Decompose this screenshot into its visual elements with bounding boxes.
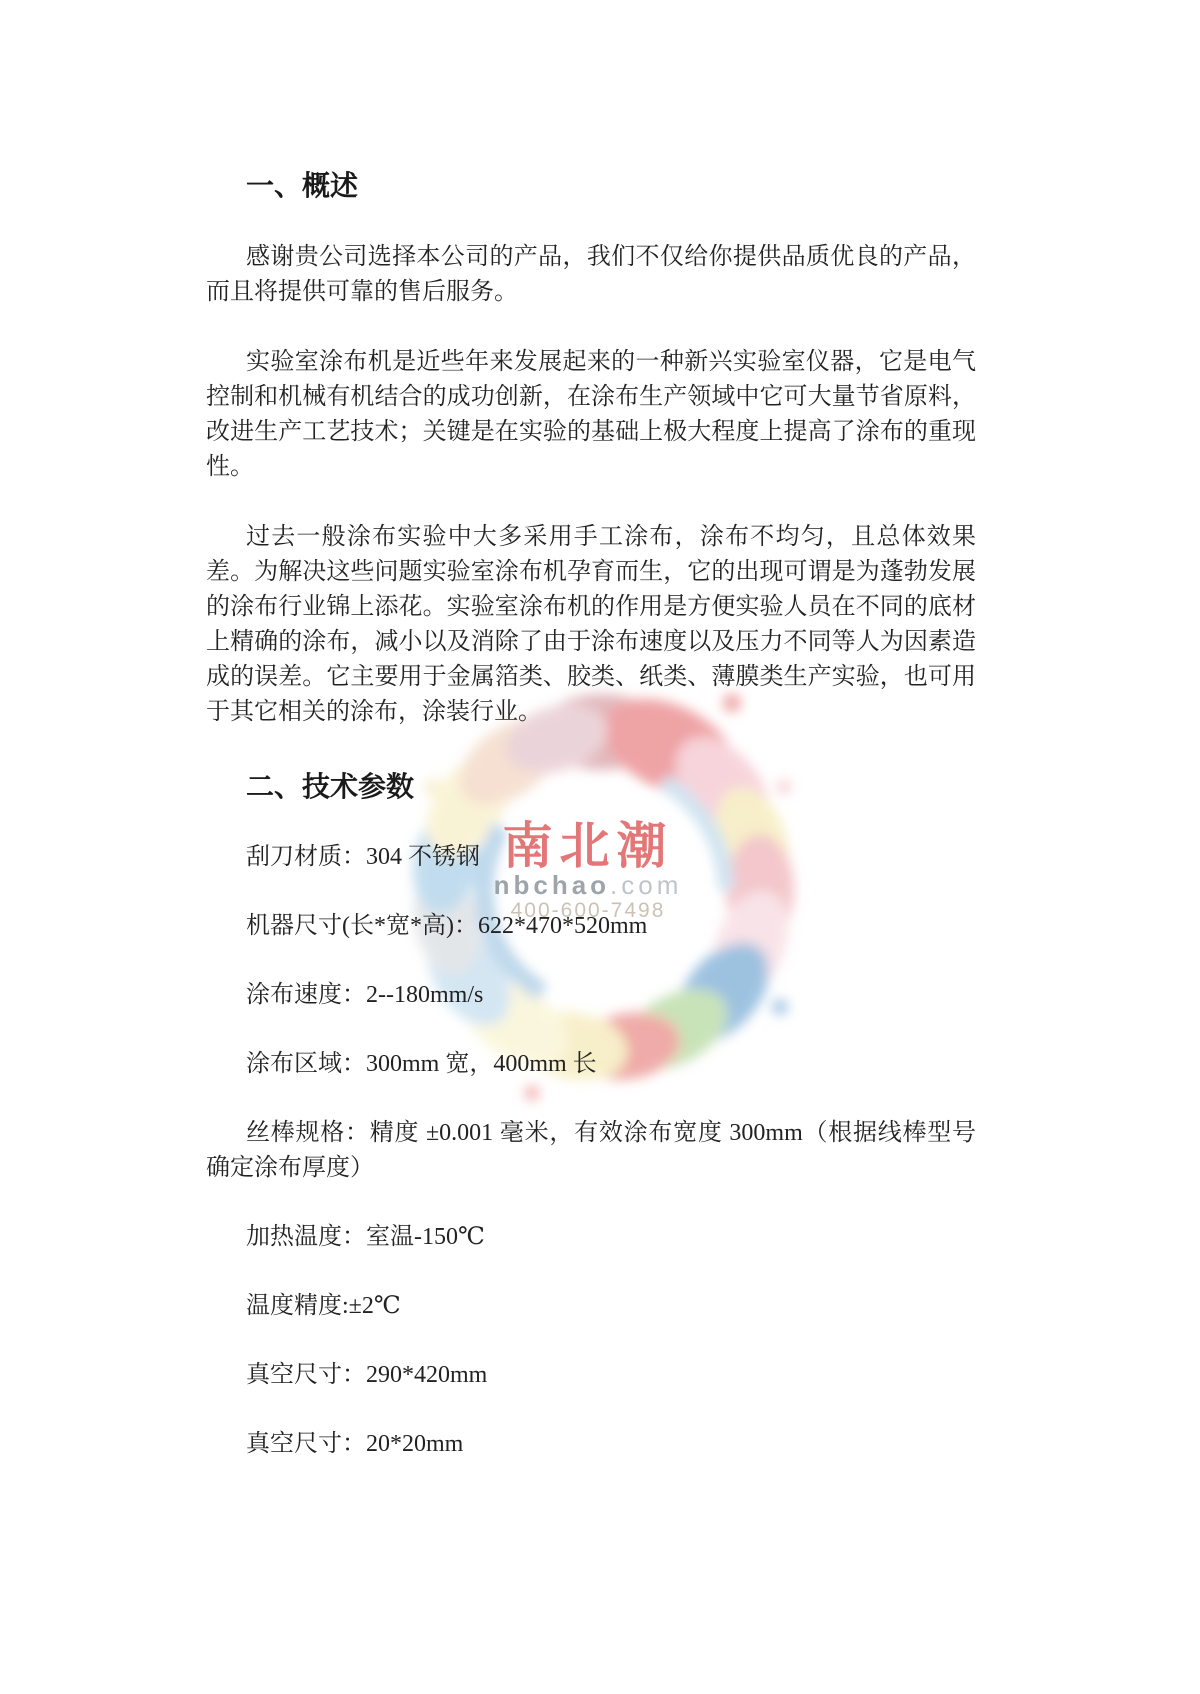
overview-paragraph-3: 过去一般涂布实验中大多采用手工涂布，涂布不均匀，且总体效果差。为解决这些问题实验… xyxy=(206,520,976,730)
document-content: 一、概述 感谢贵公司选择本公司的产品，我们不仅给你提供品质优良的产品，而且将提供… xyxy=(206,0,976,1462)
spec-item-coating-speed: 涂布速度：2--180mm/s xyxy=(206,978,976,1013)
document-page: 南北潮 nbchao.com 400-600-7498 一、概述 感谢贵公司选择… xyxy=(0,0,1200,1694)
spec-item-coating-area: 涂布区域：300mm 宽，400mm 长 xyxy=(206,1047,976,1082)
spec-item-machine-size: 机器尺寸(长*宽*高)：622*470*520mm xyxy=(206,909,976,944)
overview-paragraph-2: 实验室涂布机是近些年来发展起来的一种新兴实验室仪器，它是电气控制和机械有机结合的… xyxy=(206,345,976,485)
spec-item-blade-material: 刮刀材质：304 不锈钢 xyxy=(206,840,976,875)
section-1-heading: 一、概述 xyxy=(206,169,976,205)
spec-item-rod-spec: 丝棒规格：精度 ±0.001 毫米，有效涂布宽度 300mm（根据线棒型号确定涂… xyxy=(206,1116,976,1186)
spec-item-vacuum-size-1: 真空尺寸：290*420mm xyxy=(206,1358,976,1393)
spec-item-temp-precision: 温度精度:±2℃ xyxy=(206,1289,976,1324)
spec-item-vacuum-size-2: 真空尺寸：20*20mm xyxy=(206,1427,976,1462)
overview-paragraph-1: 感谢贵公司选择本公司的产品，我们不仅给你提供品质优良的产品，而且将提供可靠的售后… xyxy=(206,240,976,310)
spec-item-heating-temp: 加热温度：室温-150℃ xyxy=(206,1220,976,1255)
section-2-heading: 二、技术参数 xyxy=(206,770,976,806)
